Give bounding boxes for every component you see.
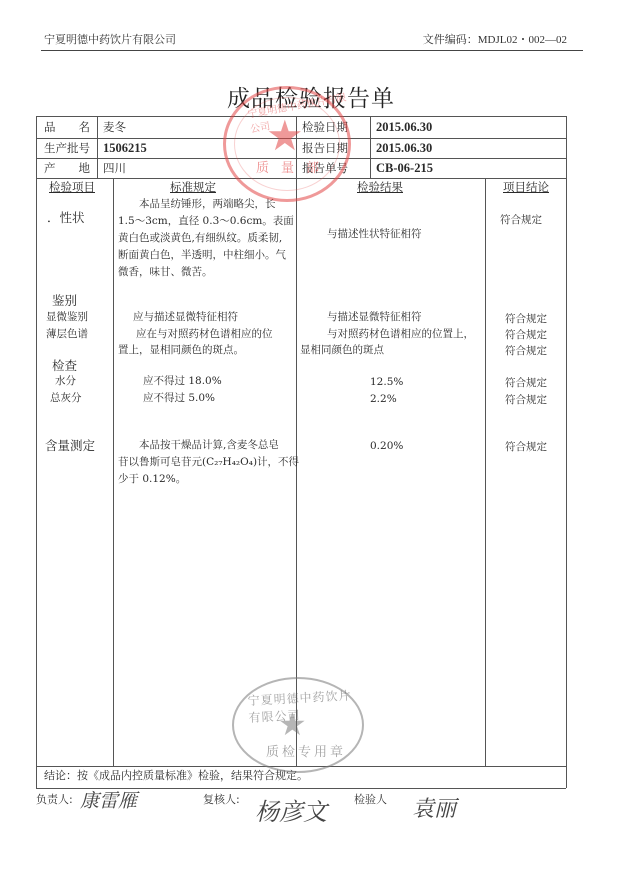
assay-conclusion: 符合规定 [505,439,547,457]
tlc-result-line1: 与对照药材色谱相应的位置上， [327,326,474,344]
inspector-label: 检验人 [354,791,387,807]
identification-heading: 鉴别 [52,291,77,311]
tlc-standard-line1: 应在与对照药材色谱相应的位 [136,326,273,344]
reviewer-label: 复核人: [203,791,240,807]
micro-conclusion: 符合规定 [505,311,547,329]
conclusion-text: 结论：按《成品内控质量标准》检验，结果符合规定。 [44,767,308,785]
tlc-conclusion-2: 符合规定 [505,343,547,361]
ash-standard: 应不得过 5.0% [143,390,215,408]
header-rule [41,50,583,51]
tlc-item: 薄层色谱 [46,326,88,344]
assay-item: 含量测定 [45,436,95,456]
moisture-conclusion: 符合规定 [505,375,547,393]
micro-item: 显微鉴别 [46,309,88,327]
moisture-item: 水分 [55,373,76,391]
traits-item: ．性状 [47,208,85,228]
ash-conclusion: 符合规定 [505,392,547,410]
tlc-result-line2: 显相同颜色的斑点 [300,342,384,360]
col-header-item: 检验项目 [49,177,95,197]
responsible-signature: 康雷雁 [80,786,137,813]
table-right-border [566,116,567,788]
col-divider [97,116,98,178]
star-icon: ★ [266,111,304,160]
traits-conclusion: 符合规定 [500,212,542,230]
reviewer-signature: 杨彦文 [255,792,327,827]
star-icon: ★ [278,705,307,743]
col-header-standard: 标准规定 [170,177,216,197]
stamp-text: 质量部 [256,157,331,176]
moisture-result: 12.5% [370,374,403,392]
assay-result: 0.20% [370,438,403,456]
ash-item: 总灰分 [50,390,82,408]
inspector-signature: 袁丽 [412,792,456,823]
file-code: 文件编码：MDJL02・002—02 [423,31,567,47]
col-header-result: 检验结果 [357,177,403,197]
quality-dept-stamp: 宁夏明德中药饮片有限公司 ★ 质量部 [223,86,351,202]
table-left-border [36,116,37,788]
moisture-standard: 应不得过 18.0% [143,373,222,391]
col-divider [485,178,486,766]
micro-result: 与描述显微特征相符 [327,309,422,327]
responsible-label: 负责人: [36,791,73,807]
batch-label: 生产批号 [44,138,90,158]
origin-value: 四川 [103,158,126,178]
origin-label: 产 地 [44,158,90,178]
qc-seal-stamp: 宁夏明德中药饮片有限公司 ★ 质检专用章 [232,677,364,773]
col-header-conclusion: 项目结论 [503,177,549,197]
product-name-label: 品 名 [44,117,90,137]
company-name: 宁夏明德中药饮片有限公司 [44,31,176,47]
batch-value: 1506215 [103,138,147,158]
col-divider [113,178,114,766]
stamp-text: 质检专用章 [266,741,346,760]
col-divider [296,116,297,766]
product-name-value: 麦冬 [103,117,126,137]
report-no-value: CB-06-215 [376,158,433,178]
ash-result: 2.2% [370,391,397,409]
tlc-conclusion-1: 符合规定 [505,327,547,345]
micro-standard: 应与描述显微特征相符 [133,309,238,327]
inspect-date-value: 2015.06.30 [376,117,432,137]
report-date-value: 2015.06.30 [376,138,432,158]
col-divider [370,116,371,178]
tlc-standard-line2: 置上，显相同颜色的斑点。 [118,342,244,360]
traits-result: 与描述性状特征相符 [327,226,422,244]
